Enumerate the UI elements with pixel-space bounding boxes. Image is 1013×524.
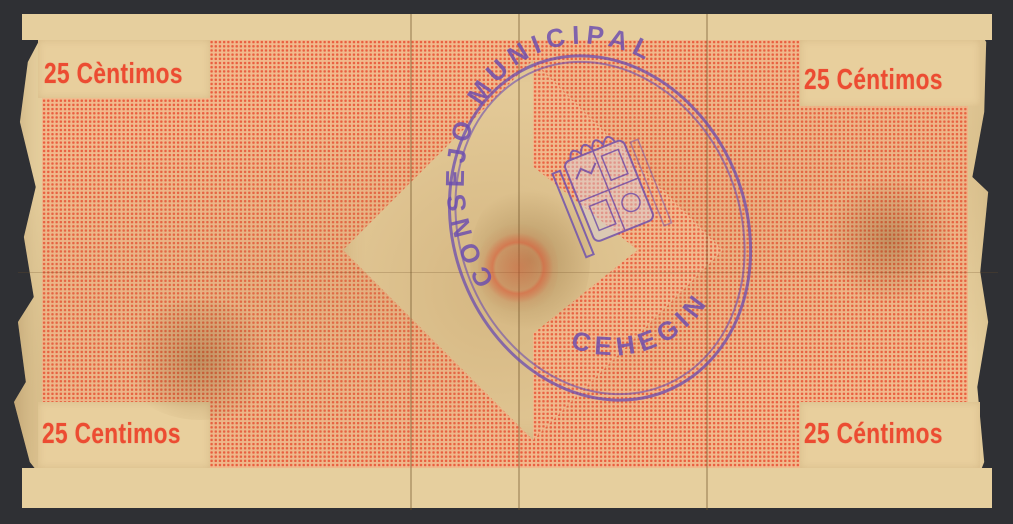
top-margin [22, 14, 992, 40]
municipal-stamp: CONSEJO MUNICIPAL CEHEGIN [440, 38, 750, 408]
stamp-oval-icon: CONSEJO MUNICIPAL CEHEGIN [440, 38, 750, 408]
denomination-label-top-left: 25 Cèntimos [44, 58, 183, 91]
banknote-scan: 25 Cèntimos 25 Céntimos 25 Centimos 25 C… [0, 0, 1013, 524]
stain [120, 300, 280, 420]
bottom-margin [22, 468, 992, 508]
coat-of-arms-icon [547, 125, 672, 257]
denomination-label-top-right: 25 Céntimos [804, 64, 943, 97]
stain [820, 180, 960, 300]
denomination-label-bottom-right: 25 Céntimos [804, 418, 943, 451]
fold-crease [410, 14, 412, 510]
stamp-bottom-text: CEHEGIN [568, 285, 715, 361]
denomination-label-bottom-left: 25 Centimos [42, 418, 181, 451]
